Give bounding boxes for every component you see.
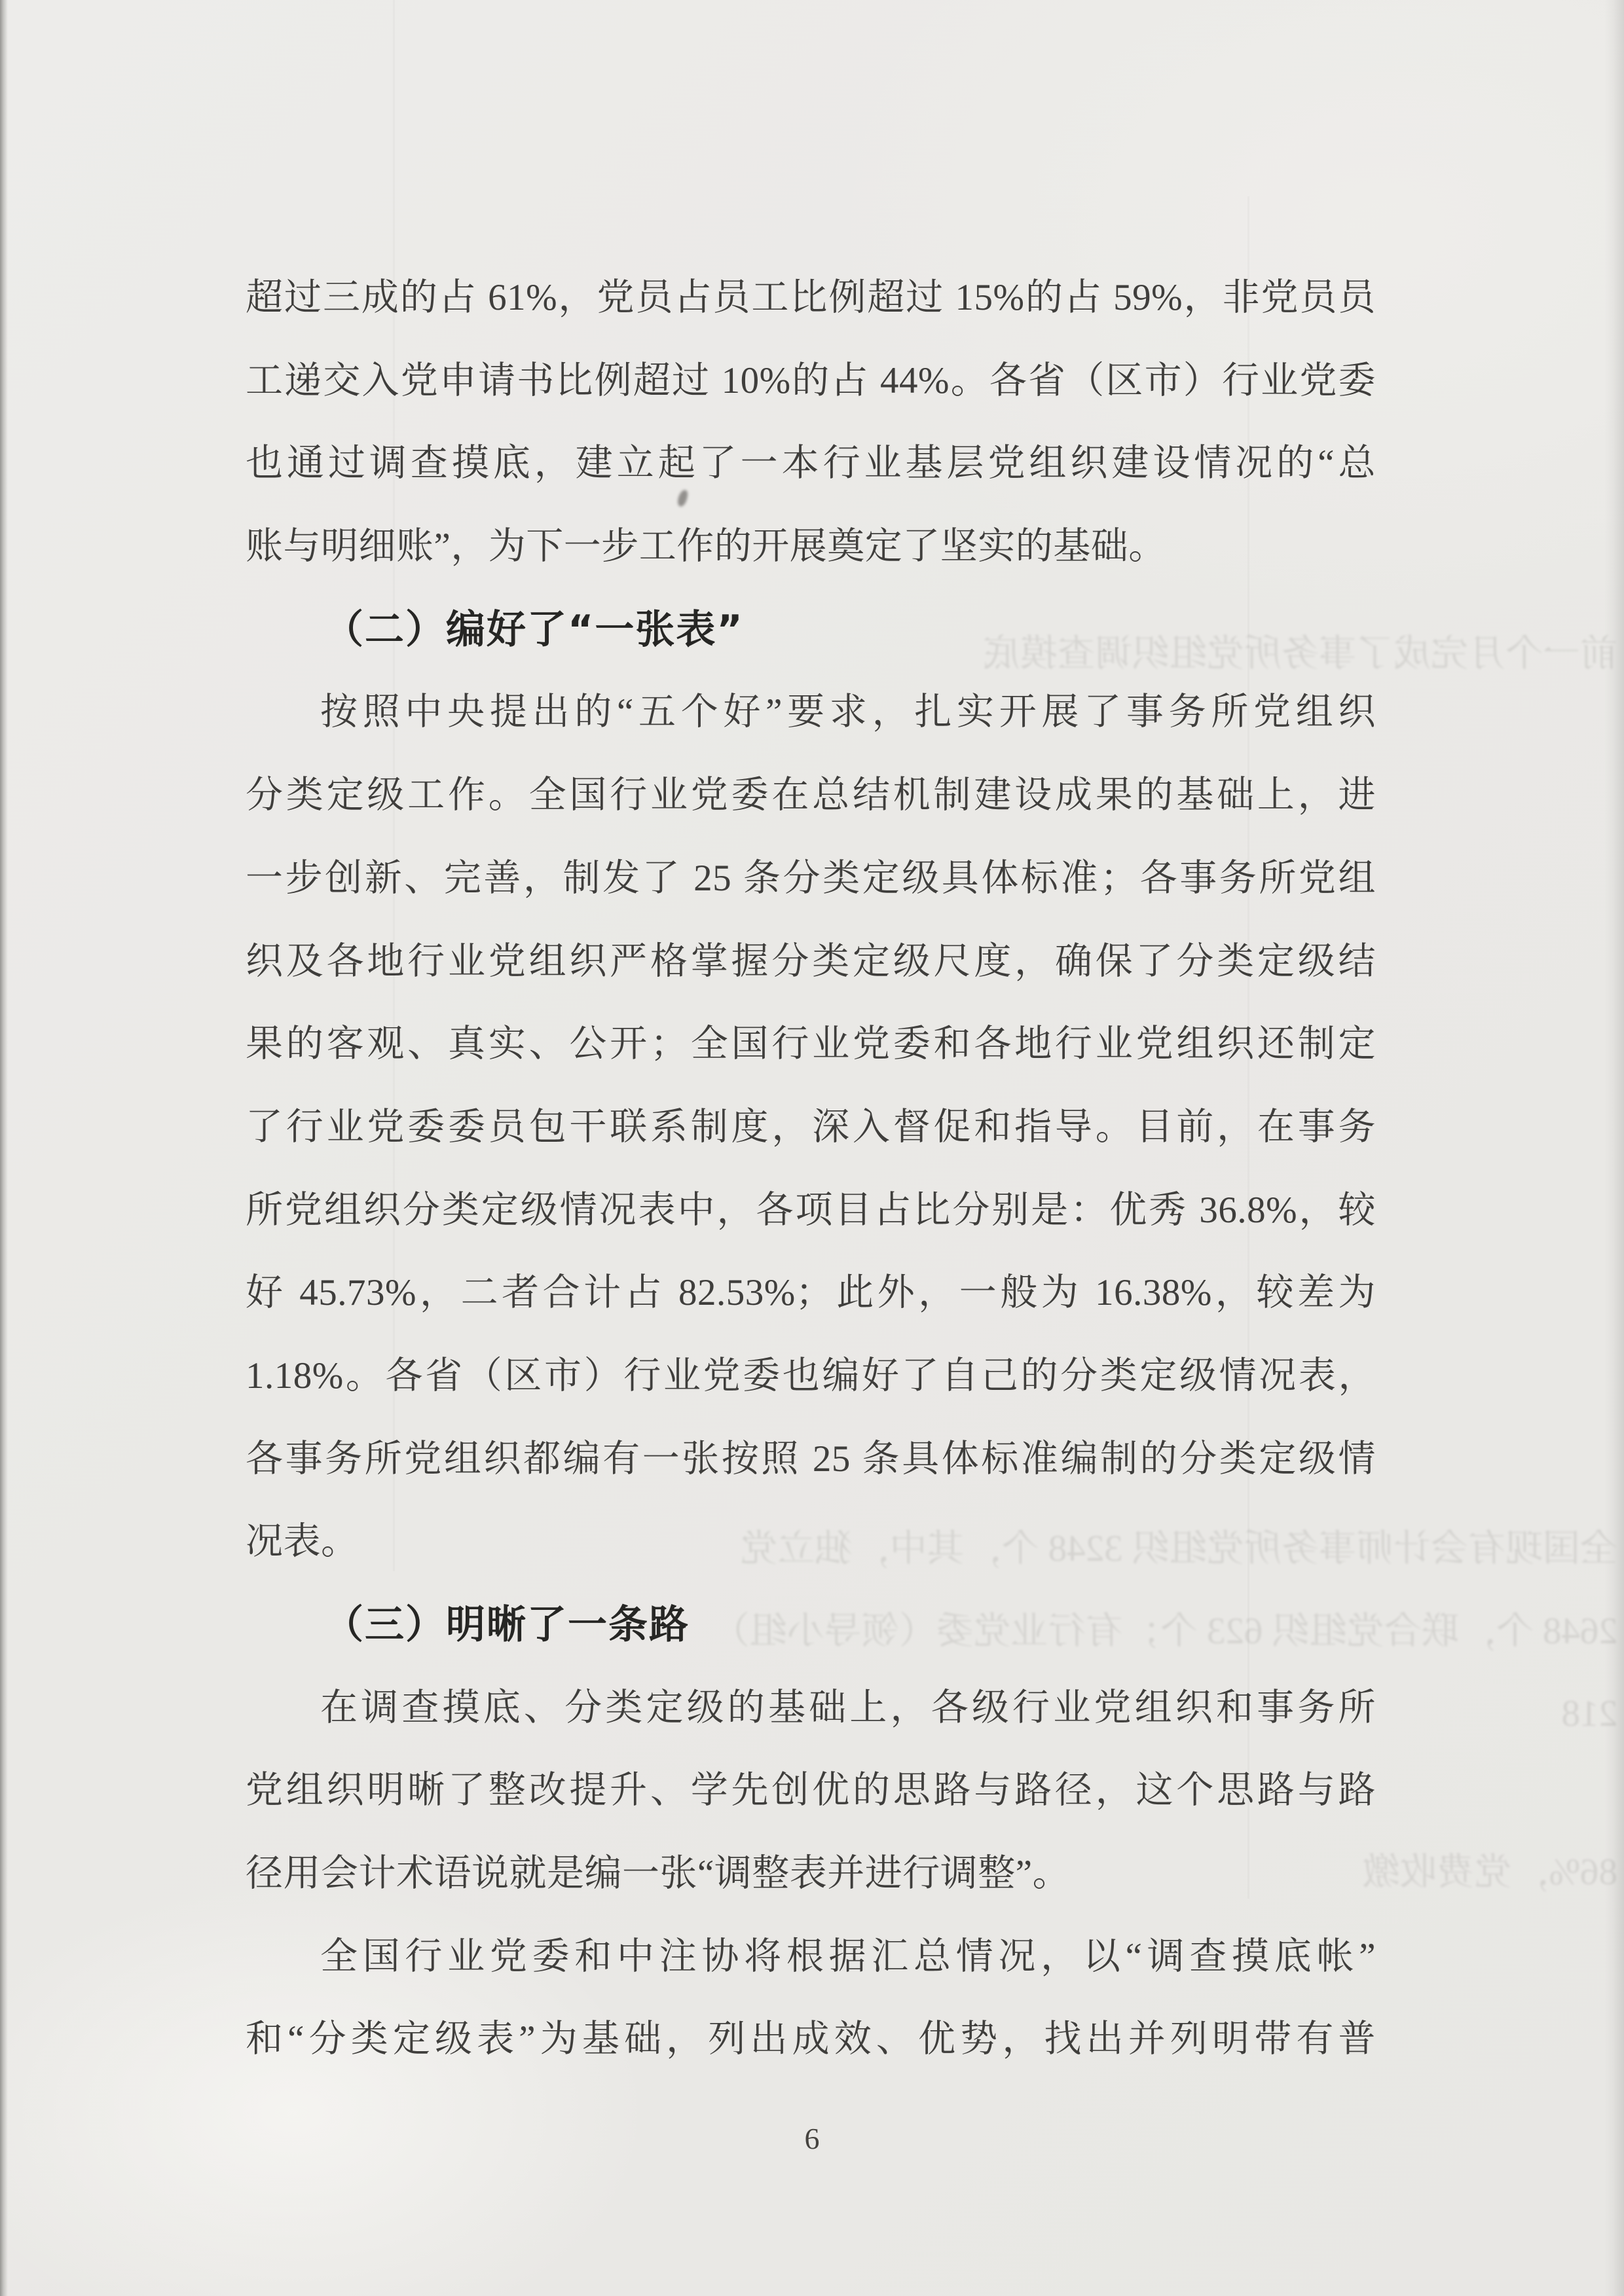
text-line: 了行业党委委员包干联系制度，深入督促和指导。目前，在事务 <box>246 1086 1376 1169</box>
page-number: 6 <box>0 2121 1624 2156</box>
text-line: 1.18%。各省（区市）行业党委也编好了自己的分类定级情况表， <box>246 1335 1376 1418</box>
text-line: 果的客观、真实、公开；全国行业党委和各地行业党组织还制定 <box>246 1003 1376 1086</box>
text-line: 按照中央提出的“五个好”要求，扎实开展了事务所党组织 <box>246 671 1376 754</box>
text-line: 也通过调查摸底，建立起了一本行业基层党组织建设情况的“总 <box>246 422 1376 505</box>
document-text-block: 超过三成的占 61%，党员占员工比例超过 15%的占 59%，非党员员工递交入党… <box>246 257 1376 2081</box>
text-line: 工递交入党申请书比例超过 10%的占 44%。各省（区市）行业党委 <box>246 340 1376 423</box>
text-line: 全国行业党委和中注协将根据汇总情况，以“调查摸底帐” <box>246 1916 1376 1999</box>
text-line: 好 45.73%，二者合计占 82.53%；此外，一般为 16.38%，较差为 <box>246 1252 1376 1335</box>
text-line: 分类定级工作。全国行业党委在总结机制建设成果的基础上，进 <box>246 754 1376 837</box>
scan-left-edge <box>0 0 8 2296</box>
text-line: 径用会计术语说就是编一张“调整表并进行调整”。 <box>246 1832 1376 1916</box>
scanned-document-page: 前一个月完成了事务所党组织调查摸底全国现有会计师事务所党组织 3248 个，其中… <box>0 0 1624 2296</box>
text-line: 党组织明晰了整改提升、学先创优的思路与路径，这个思路与路 <box>246 1749 1376 1832</box>
section-heading: （二）编好了“一张表” <box>246 589 1376 672</box>
text-line: 在调查摸底、分类定级的基础上，各级行业党组织和事务所 <box>246 1667 1376 1750</box>
text-line: 织及各地行业党组织严格掌握分类定级尺度，确保了分类定级结 <box>246 920 1376 1004</box>
text-line: 账与明细账”，为下一步工作的开展奠定了坚实的基础。 <box>246 505 1376 589</box>
text-line: 所党组织分类定级情况表中，各项目占比分别是：优秀 36.8%，较 <box>246 1169 1376 1252</box>
text-line: 一步创新、完善，制发了 25 条分类定级具体标准；各事务所党组 <box>246 837 1376 920</box>
text-line: 和“分类定级表”为基础，列出成效、优势，找出并列明带有普 <box>246 1998 1376 2081</box>
text-line: 各事务所党组织都编有一张按照 25 条具体标准编制的分类定级情 <box>246 1418 1376 1501</box>
section-heading: （三）明晰了一条路 <box>246 1584 1376 1667</box>
text-line: 况表。 <box>246 1501 1376 1584</box>
scan-right-edge <box>1604 0 1624 2296</box>
text-line: 超过三成的占 61%，党员占员工比例超过 15%的占 59%，非党员员 <box>246 257 1376 340</box>
